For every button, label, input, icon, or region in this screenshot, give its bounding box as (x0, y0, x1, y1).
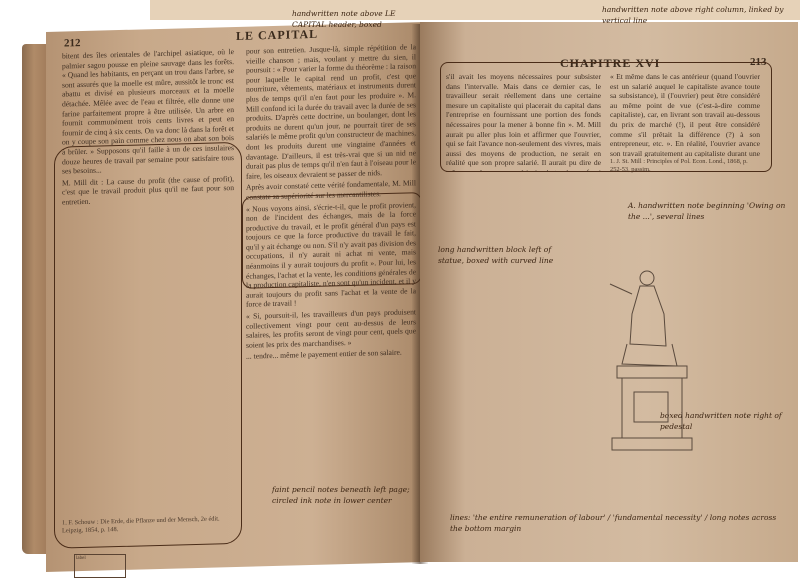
handwritten-note: faint pencil notes beneath left page; ci… (272, 484, 422, 506)
handwritten-note: lines: 'the entire remuneration of labou… (450, 512, 790, 534)
handwritten-note: long handwritten block left of statue, b… (438, 244, 566, 384)
marginal-ink-box (54, 142, 242, 549)
left-column-2: pour son entretien. Jusque-là, simple ré… (246, 42, 416, 536)
handwritten-note: handwritten note above LE CAPITAL header… (292, 8, 412, 30)
library-label: label (74, 554, 126, 578)
handwritten-note: handwritten note above right column, lin… (602, 4, 800, 26)
marginal-ink-box (242, 192, 422, 289)
handwritten-note: A. handwritten note beginning 'Owing on … (628, 200, 793, 222)
paragraph: pour son entretien. Jusque-là, simple ré… (246, 42, 416, 181)
paragraph: ... tendre... même le payement entier de… (246, 348, 416, 362)
statue-engraving (592, 264, 712, 454)
page-number: 212 (64, 37, 81, 49)
marginal-ink-box (440, 62, 772, 172)
paragraph: « Si, poursuit-il, les travailleurs d'un… (246, 307, 416, 350)
open-book: 212 LE CAPITAL bitent des îles orientale… (22, 14, 800, 574)
